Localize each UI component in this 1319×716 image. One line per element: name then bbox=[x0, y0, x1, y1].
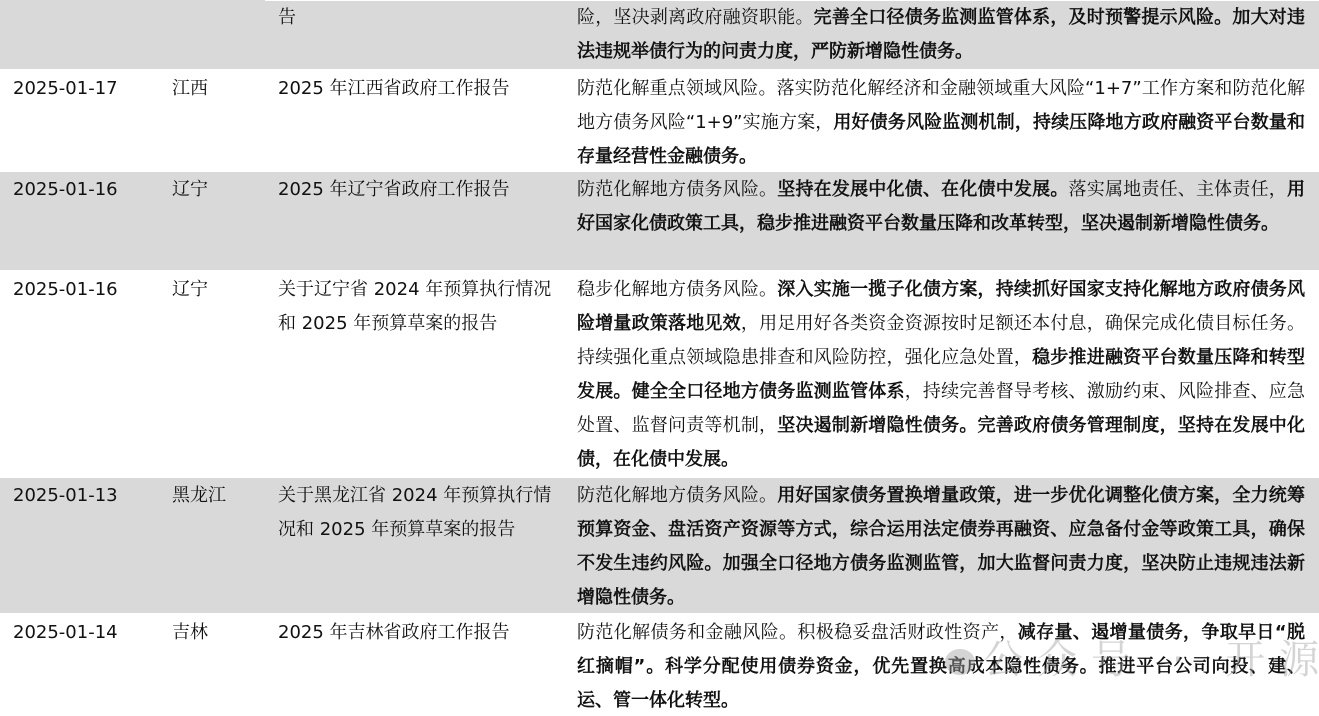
summary-emphasis: 坚持在发展中化债、在化债中发展。 bbox=[777, 179, 1068, 200]
summary-text: 稳步化解地方债务风险。 bbox=[577, 279, 777, 300]
date-cell: 2025-01-16 bbox=[0, 272, 172, 476]
summary-text: 防范化解债务和金融风险。积极稳妥盘活财政性资产， bbox=[577, 622, 1018, 643]
summary-cell: 防范化解地方债务风险。坚持在发展中化债、在化债中发展。落实属地责任、主体责任，用… bbox=[577, 172, 1319, 270]
date-cell: 2025-01-17 bbox=[0, 71, 172, 170]
summary-cell: 稳步化解地方债务风险。深入实施一揽子化债方案，持续抓好国家支持化解地方政府债务风… bbox=[577, 272, 1319, 476]
table-row: 2025-01-13 黑龙江 关于黑龙江省 2024 年预算执行情况和 2025… bbox=[0, 476, 1319, 613]
policy-table: 告 险，坚决剥离政府融资职能。完善全口径债务监测监管体系，及时预警提示风险。加大… bbox=[0, 0, 1319, 716]
summary-cell: 防范化解地方债务风险。用好国家债务置换增量政策，进一步优化调整化债方案，全力统筹… bbox=[577, 478, 1319, 613]
top-divider bbox=[265, 0, 1319, 1]
table-row: 2025-01-16 辽宁 2025 年辽宁省政府工作报告 防范化解地方债务风险… bbox=[0, 170, 1319, 270]
table-row: 2025-01-17 江西 2025 年江西省政府工作报告 防范化解重点领域风险… bbox=[0, 69, 1319, 170]
region-cell bbox=[172, 0, 278, 69]
region-cell: 江西 bbox=[172, 71, 278, 170]
document-cell: 关于辽宁省 2024 年预算执行情况和 2025 年预算草案的报告 bbox=[278, 272, 577, 476]
region-cell: 辽宁 bbox=[172, 272, 278, 476]
document-cell: 2025 年辽宁省政府工作报告 bbox=[278, 172, 577, 270]
table-row: 告 险，坚决剥离政府融资职能。完善全口径债务监测监管体系，及时预警提示风险。加大… bbox=[0, 0, 1319, 69]
region-cell: 辽宁 bbox=[172, 172, 278, 270]
document-cell: 关于黑龙江省 2024 年预算执行情况和 2025 年预算草案的报告 bbox=[278, 478, 577, 613]
date-cell: 2025-01-13 bbox=[0, 478, 172, 613]
summary-text: 防范化解地方债务风险。 bbox=[577, 179, 777, 200]
document-cell: 2025 年吉林省政府工作报告 bbox=[278, 615, 577, 716]
summary-text: 落实属地责任、主体责任， bbox=[1069, 179, 1287, 200]
date-cell: 2025-01-16 bbox=[0, 172, 172, 270]
summary-text: 防范化解地方债务风险。 bbox=[577, 485, 777, 506]
summary-text: 险，坚决剥离政府融资职能。 bbox=[577, 7, 814, 28]
region-cell: 吉林 bbox=[172, 615, 278, 716]
table-row: 2025-01-14 吉林 2025 年吉林省政府工作报告 防范化解债务和金融风… bbox=[0, 613, 1319, 716]
summary-cell: 险，坚决剥离政府融资职能。完善全口径债务监测监管体系，及时预警提示风险。加大对违… bbox=[577, 0, 1319, 69]
document-cell: 告 bbox=[278, 0, 577, 69]
document-cell: 2025 年江西省政府工作报告 bbox=[278, 71, 577, 170]
region-cell: 黑龙江 bbox=[172, 478, 278, 613]
table-row: 2025-01-16 辽宁 关于辽宁省 2024 年预算执行情况和 2025 年… bbox=[0, 270, 1319, 476]
date-cell: 2025-01-14 bbox=[0, 615, 172, 716]
date-cell bbox=[0, 0, 172, 69]
summary-cell: 防范化解债务和金融风险。积极稳妥盘活财政性资产，减存量、遏增量债务，争取早日“脱… bbox=[577, 615, 1319, 716]
summary-cell: 防范化解重点领域风险。落实防范化解经济和金融领域重大风险“1+7”工作方案和防范… bbox=[577, 71, 1319, 170]
